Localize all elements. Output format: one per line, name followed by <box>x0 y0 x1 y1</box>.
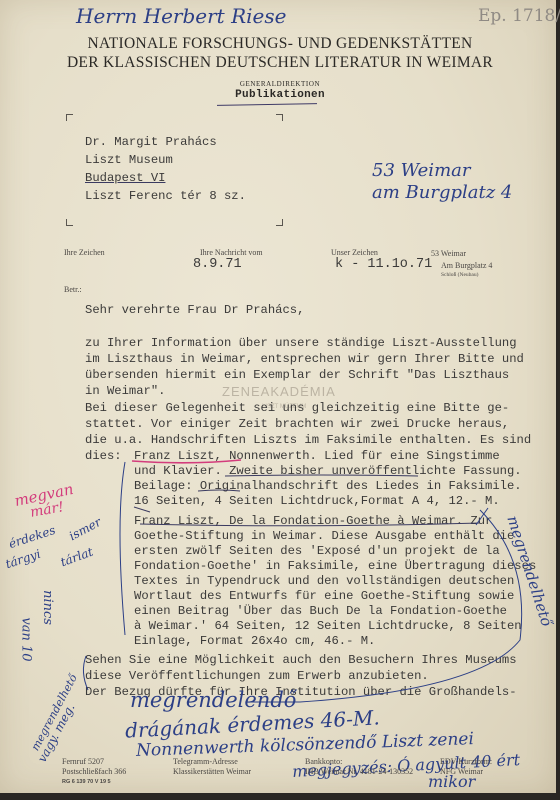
address-line: Dr. Margit Prahács <box>85 134 217 150</box>
item2-line: Textes in Typendruck und den vollständig… <box>134 573 514 589</box>
footer-telegram-value: Klassikerstätten Weimar <box>173 767 251 776</box>
sender-street: Am Burgplatz 4 <box>441 261 492 270</box>
footer-phone: Fernruf 5207 <box>62 757 104 766</box>
item2-line: einen Beitrag 'Über das Buch De la Fonda… <box>134 603 507 619</box>
letter-page: Herrn Herbert Riese Ep. 1718/1 NATIONALE… <box>0 0 556 793</box>
footer-edv-value: NFG Weimar <box>440 767 483 776</box>
footer-bank-value: IHB Weimar Nr. 4181-24-130352 <box>305 767 413 776</box>
item1-line: und Klavier. Zweite bisher unveröffentli… <box>134 463 522 479</box>
margin-note-vertical: van 10 <box>19 617 34 661</box>
window-corner <box>66 114 73 121</box>
letterhead-line-1: NATIONALE FORSCHUNGS- UND GEDENKSTÄTTEN <box>0 35 560 53</box>
footer-edv-label: EDV-Kurzform: <box>440 757 492 766</box>
paragraph-line: Bei dieser Gelegenheit sei uns gleichzei… <box>85 400 509 416</box>
item2-line: ersten zwölf Seiten des 'Exposé d'un pro… <box>134 543 500 559</box>
margin-note: érdekes <box>7 523 57 551</box>
handwritten-address: 53 Weimar <box>372 160 470 181</box>
paragraph-line: die u.a. Handschriften Liszts im Faksimi… <box>85 432 531 448</box>
paragraph-line: diese Veröffentlichungen zum Erwerb anzu… <box>85 668 429 684</box>
footer-pobox: Postschließfach 366 <box>62 767 126 776</box>
window-corner <box>276 114 283 121</box>
item2-line: Wortlaut des Entwurfs für eine Goethe-St… <box>134 588 514 604</box>
bottom-note: megrendelendő <box>130 688 296 712</box>
address-line: Budapest VI <box>85 170 165 186</box>
item2-line: à Weimar.' 64 Seiten, 12 Seiten Lichtdru… <box>134 618 522 634</box>
paragraph-line: übersenden hiermit ein Exemplar der Schr… <box>85 367 509 383</box>
item2-line: Einlage, Format 26x4o cm, 46.- M. <box>134 633 375 649</box>
margin-note: tárgyi <box>4 547 43 571</box>
item1-line: Franz Liszt, Nonnenwerth. Lied für eine … <box>134 448 500 464</box>
margin-note: tárlat <box>59 545 95 570</box>
item-prefix: dies: <box>85 448 129 464</box>
item1-line: 16 Seiten, 4 Seiten Lichtdruck,Format A … <box>134 493 500 509</box>
betr-label: Betr.: <box>64 285 82 294</box>
paragraph-line: stattet. Vor einiger Zeit brachten wir z… <box>85 416 509 432</box>
footer-code: RG 6 139 70 V 19 5 <box>62 779 111 785</box>
handwritten-recipient: Herrn Herbert Riese <box>76 4 286 28</box>
margin-note: ismer <box>67 515 104 543</box>
letterhead-department: GENERALDIREKTION <box>0 80 560 88</box>
item2-line: Franz Liszt, De la Fondation-Goethe à We… <box>134 513 492 529</box>
sender-building: Schloß (Neubau) <box>441 272 478 278</box>
footer-telegram-label: Telegramm-Adresse <box>173 757 238 766</box>
paragraph-line: im Liszthaus in Weimar, entsprechen wir … <box>85 351 524 367</box>
paragraph-line: in Weimar". <box>85 383 165 399</box>
unser-zeichen-value: k - 11.1o.71 <box>335 257 432 273</box>
unser-zeichen-label: Unser Zeichen <box>331 248 378 257</box>
salutation: Sehr verehrte Frau Dr Prahács, <box>85 302 304 318</box>
address-line: Liszt Ferenc tér 8 sz. <box>85 188 246 204</box>
ihre-zeichen-label: Ihre Zeichen <box>64 248 105 257</box>
sender-city: 53 Weimar <box>431 249 466 258</box>
paragraph-line: zu Ihrer Information über unsere ständig… <box>85 335 517 351</box>
item1-line: Beilage: Originalhandschrift des Liedes … <box>134 478 522 494</box>
item2-line: Goethe-Stiftung in Weimar. Diese Ausgabe… <box>134 528 514 544</box>
footer-bank-label: Bankkonto: <box>305 757 342 766</box>
ihre-nachricht-value: 8.9.71 <box>193 257 242 273</box>
letterhead-section: Publikationen <box>0 89 560 101</box>
paragraph-line: Sehen Sie eine Möglichkeit auch den Besu… <box>85 652 517 668</box>
margin-note-vertical: nincs <box>40 590 55 625</box>
window-corner <box>66 219 73 226</box>
letterhead-line-2: DER KLASSISCHEN DEUTSCHEN LITERATUR IN W… <box>0 54 560 72</box>
item2-line: Fondation-Goethe' in Faksimile, eine Übe… <box>134 558 536 574</box>
window-corner <box>276 219 283 226</box>
library-stamp: ZENEAKADÉMIA <box>222 384 336 399</box>
address-line: Liszt Museum <box>85 152 173 168</box>
section-underline <box>217 103 317 106</box>
archive-number: Ep. 1718/1 <box>478 6 560 26</box>
handwritten-address: am Burgplatz 4 <box>372 182 512 203</box>
ihre-nachricht-label: Ihre Nachricht vom <box>200 248 263 257</box>
